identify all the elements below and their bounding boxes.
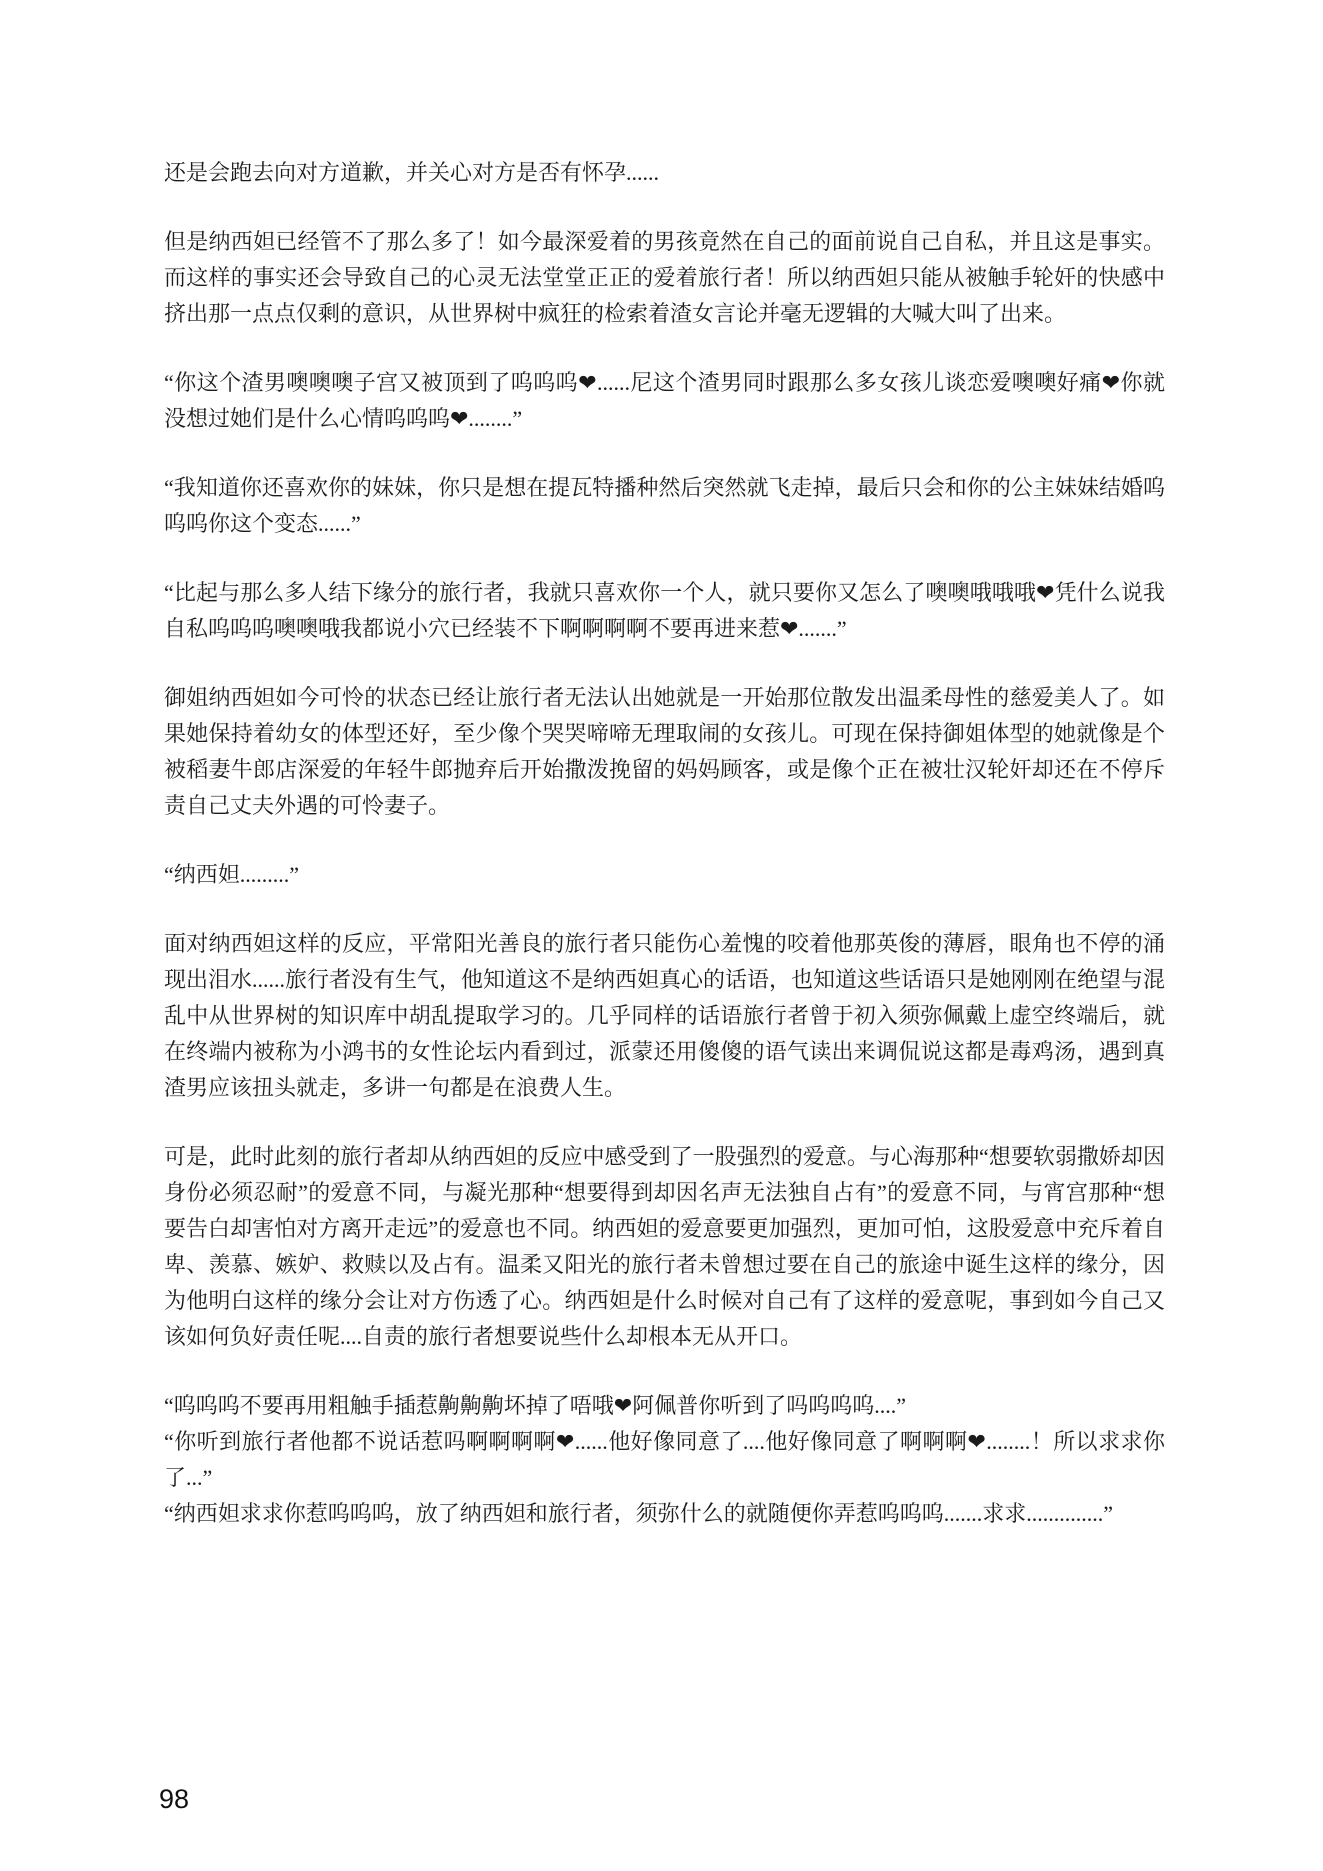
- paragraph: “你这个渣男噢噢噢子宫又被顶到了呜呜呜❤......尼这个渣男同时跟那么多女孩儿…: [164, 365, 1165, 437]
- paragraph: 御姐纳西妲如今可怜的状态已经让旅行者无法认出她就是一开始那位散发出温柔母性的慈爱…: [164, 680, 1165, 824]
- paragraph: “呜呜呜不要再用粗触手插惹齁齁齁坏掉了唔哦❤阿佩普你听到了吗呜呜呜....”: [164, 1388, 1165, 1424]
- paragraph: “我知道你还喜欢你的妹妹，你只是想在提瓦特播种然后突然就飞走掉，最后只会和你的公…: [164, 470, 1165, 542]
- paragraph: 但是纳西妲已经管不了那么多了！如今最深爱着的男孩竟然在自己的面前说自己自私，并且…: [164, 224, 1165, 332]
- document-body: 还是会跑去向对方道歉，并关心对方是否有怀孕......但是纳西妲已经管不了那么多…: [164, 155, 1165, 1532]
- paragraph: 还是会跑去向对方道歉，并关心对方是否有怀孕......: [164, 155, 1165, 191]
- document-page: 还是会跑去向对方道歉，并关心对方是否有怀孕......但是纳西妲已经管不了那么多…: [0, 0, 1323, 1871]
- paragraph: “纳西妲求求你惹呜呜呜，放了纳西妲和旅行者，须弥什么的就随便你弄惹呜呜呜....…: [164, 1496, 1165, 1532]
- paragraph: “纳西妲.........”: [164, 857, 1165, 893]
- paragraph: “比起与那么多人结下缘分的旅行者，我就只喜欢你一个人，就只要你又怎么了噢噢哦哦哦…: [164, 575, 1165, 647]
- page-number: 98: [159, 1783, 189, 1815]
- paragraph: “你听到旅行者他都不说话惹吗啊啊啊啊❤......他好像同意了....他好像同意…: [164, 1424, 1165, 1496]
- paragraph: 可是，此时此刻的旅行者却从纳西妲的反应中感受到了一股强烈的爱意。与心海那种“想要…: [164, 1139, 1165, 1355]
- paragraph: 面对纳西妲这样的反应，平常阳光善良的旅行者只能伤心羞愧的咬着他那英俊的薄唇，眼角…: [164, 926, 1165, 1106]
